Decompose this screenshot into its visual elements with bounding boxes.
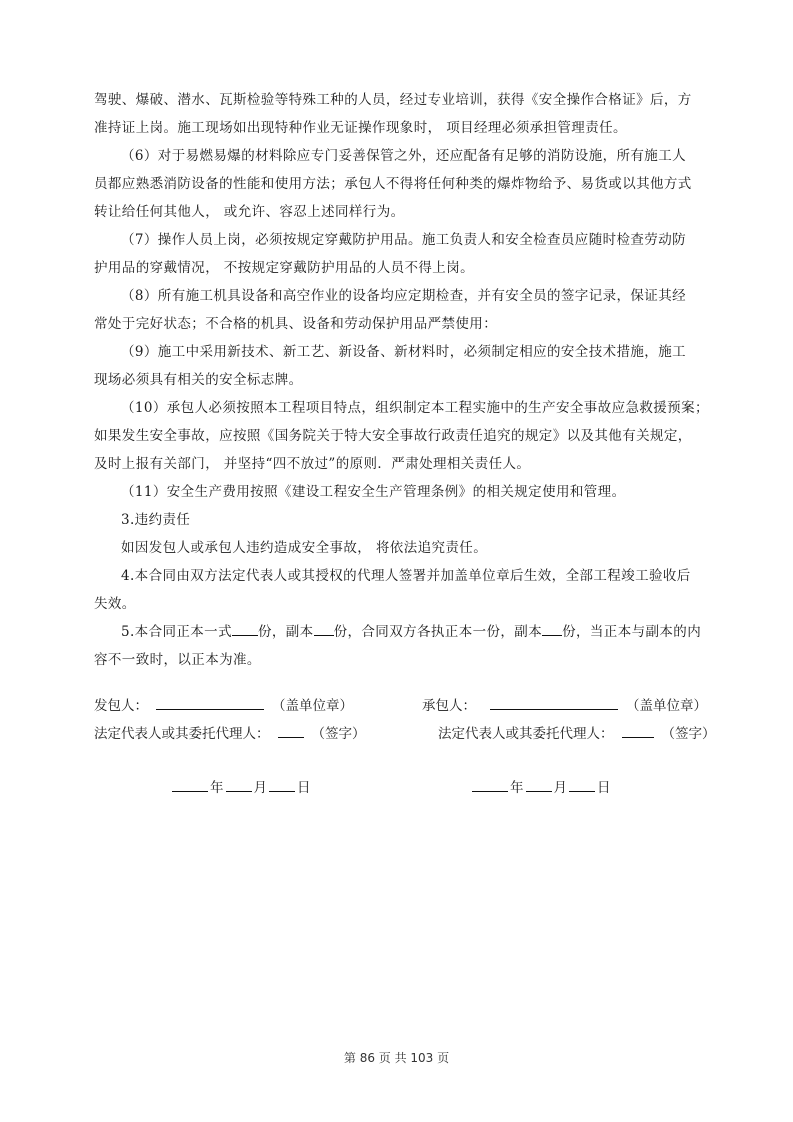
year-label: 年 bbox=[210, 780, 224, 796]
text-line: （11）安全生产费用按照《建设工程安全生产管理条例》的相关规定使用和管理。 bbox=[94, 478, 706, 506]
paragraph-item-7: （7）操作人员上岗，必须按规定穿戴防护用品。施工负责人和安全检查员应随时检查劳动… bbox=[94, 226, 706, 282]
contractor-rep-sign-blank[interactable] bbox=[622, 723, 654, 738]
signature-contractor-date: 年月日 bbox=[472, 776, 611, 796]
employer-rep-sign-blank[interactable] bbox=[278, 723, 304, 738]
employer-name-blank[interactable] bbox=[156, 695, 264, 710]
copies-original-blank[interactable] bbox=[232, 621, 258, 636]
text-line: 驾驶、爆破、潜水、瓦斯检验等特殊工种的人员，经过专业培训，获得《安全操作合格证》… bbox=[94, 86, 706, 114]
text-line: （10）承包人必须按照本工程项目特点，组织制定本工程实施中的生产安全事故应急救援… bbox=[94, 394, 706, 422]
signature-contractor: 承包人：（盖单位章） bbox=[422, 694, 707, 714]
year-blank[interactable] bbox=[172, 777, 208, 792]
paragraph-clause-5: 5.本合同正本一式份，副本份，合同双方各执正本一份，副本份，当正本与副本的内 容… bbox=[94, 618, 706, 674]
text-line: 5.本合同正本一式份，副本份，合同双方各执正本一份，副本份，当正本与副本的内 bbox=[94, 618, 706, 646]
paragraph-breach-liability: 如因发包人或承包人违约造成安全事故， 将依法追究责任。 bbox=[94, 534, 706, 562]
rep-label: 法定代表人或其委托代理人： bbox=[438, 726, 614, 742]
seal-note: （盖单位章） bbox=[626, 698, 707, 714]
text-line: （9）施工中采用新技术、新工艺、新设备、新材料时，必须制定相应的安全技术措施，施… bbox=[94, 338, 706, 366]
clause-text: 份，副本 bbox=[258, 624, 314, 640]
seal-note: （盖单位章） bbox=[272, 698, 353, 714]
signature-employer-rep: 法定代表人或其委托代理人：（签字） bbox=[94, 722, 366, 742]
text-line: 4.本合同由双方法定代表人或其授权的代理人签署并加盖单位章后生效，全部工程竣工验… bbox=[94, 562, 706, 590]
text-line: 失效。 bbox=[94, 590, 706, 618]
sign-note: （签字） bbox=[662, 726, 716, 742]
signature-employer-date: 年月日 bbox=[172, 776, 311, 796]
sign-note: （签字） bbox=[312, 726, 366, 742]
text-line: 员都应熟悉消防设备的性能和使用方法；承包人不得将任何种类的爆炸物给予、易货或以其… bbox=[94, 170, 706, 198]
section-heading-breach: 3.违约责任 bbox=[94, 506, 706, 534]
year-label: 年 bbox=[510, 780, 524, 796]
clause-text: 份，合同双方各执正本一份，副本 bbox=[334, 624, 543, 640]
contractor-label: 承包人： bbox=[422, 698, 476, 714]
clause-text: 份，当正本与副本的内 bbox=[562, 624, 701, 640]
signature-employer: 发包人：（盖单位章） bbox=[94, 694, 353, 714]
month-label: 月 bbox=[554, 780, 568, 796]
month-blank[interactable] bbox=[226, 777, 252, 792]
month-blank[interactable] bbox=[526, 777, 552, 792]
day-blank[interactable] bbox=[269, 777, 295, 792]
paragraph-clause-4: 4.本合同由双方法定代表人或其授权的代理人签署并加盖单位章后生效，全部工程竣工验… bbox=[94, 562, 706, 618]
day-label: 日 bbox=[297, 780, 311, 796]
contractor-name-blank[interactable] bbox=[490, 695, 618, 710]
paragraph-special-workers: 驾驶、爆破、潜水、瓦斯检验等特殊工种的人员，经过专业培训，获得《安全操作合格证》… bbox=[94, 86, 706, 142]
text-line: 3.违约责任 bbox=[94, 506, 706, 534]
day-label: 日 bbox=[597, 780, 611, 796]
text-line: 护用品的穿戴情况， 不按规定穿戴防护用品的人员不得上岗。 bbox=[94, 254, 706, 282]
paragraph-item-9: （9）施工中采用新技术、新工艺、新设备、新材料时，必须制定相应的安全技术措施，施… bbox=[94, 338, 706, 394]
text-line: （6）对于易燃易爆的材料除应专门妥善保管之外，还应配备有足够的消防设施，所有施工… bbox=[94, 142, 706, 170]
rep-label: 法定代表人或其委托代理人： bbox=[94, 726, 270, 742]
copies-duplicate-blank[interactable] bbox=[314, 621, 334, 636]
paragraph-item-11: （11）安全生产费用按照《建设工程安全生产管理条例》的相关规定使用和管理。 bbox=[94, 478, 706, 506]
text-line: （8）所有施工机具设备和高空作业的设备均应定期检查，并有安全员的签字记录，保证其… bbox=[94, 282, 706, 310]
text-line: （7）操作人员上岗，必须按规定穿戴防护用品。施工负责人和安全检查员应随时检查劳动… bbox=[94, 226, 706, 254]
text-line: 如因发包人或承包人违约造成安全事故， 将依法追究责任。 bbox=[94, 534, 706, 562]
text-line: 准持证上岗。施工现场如出现特种作业无证操作现象时， 项目经理必须承担管理责任。 bbox=[94, 114, 706, 142]
paragraph-item-10: （10）承包人必须按照本工程项目特点，组织制定本工程实施中的生产安全事故应急救援… bbox=[94, 394, 706, 478]
year-blank[interactable] bbox=[472, 777, 508, 792]
day-blank[interactable] bbox=[569, 777, 595, 792]
page-number: 第 86 页 共 103 页 bbox=[0, 1049, 793, 1066]
clause-text: 5.本合同正本一式 bbox=[121, 624, 232, 640]
text-line: 如果发生安全事故，应按照《国务院关于特大安全事故行政责任追究的规定》以及其他有关… bbox=[94, 422, 706, 450]
paragraph-item-8: （8）所有施工机具设备和高空作业的设备均应定期检查，并有安全员的签字记录，保证其… bbox=[94, 282, 706, 338]
employer-label: 发包人： bbox=[94, 698, 148, 714]
copies-each-duplicate-blank[interactable] bbox=[542, 621, 562, 636]
text-line: 现场必须具有相关的安全标志牌。 bbox=[94, 366, 706, 394]
text-line: 转让给任何其他人， 或允许、容忍上述同样行为。 bbox=[94, 198, 706, 226]
signature-contractor-rep: 法定代表人或其委托代理人：（签字） bbox=[438, 722, 716, 742]
paragraph-item-6: （6）对于易燃易爆的材料除应专门妥善保管之外，还应配备有足够的消防设施，所有施工… bbox=[94, 142, 706, 226]
month-label: 月 bbox=[254, 780, 268, 796]
text-line: 及时上报有关部门， 并坚持“四不放过”的原则．严肃处理相关责任人。 bbox=[94, 450, 706, 478]
text-line: 容不一致时，以正本为准。 bbox=[94, 646, 706, 674]
document-page: 驾驶、爆破、潜水、瓦斯检验等特殊工种的人员，经过专业培训，获得《安全操作合格证》… bbox=[0, 0, 793, 1122]
text-line: 常处于完好状态；不合格的机具、设备和劳动保护用品严禁使用： bbox=[94, 310, 706, 338]
